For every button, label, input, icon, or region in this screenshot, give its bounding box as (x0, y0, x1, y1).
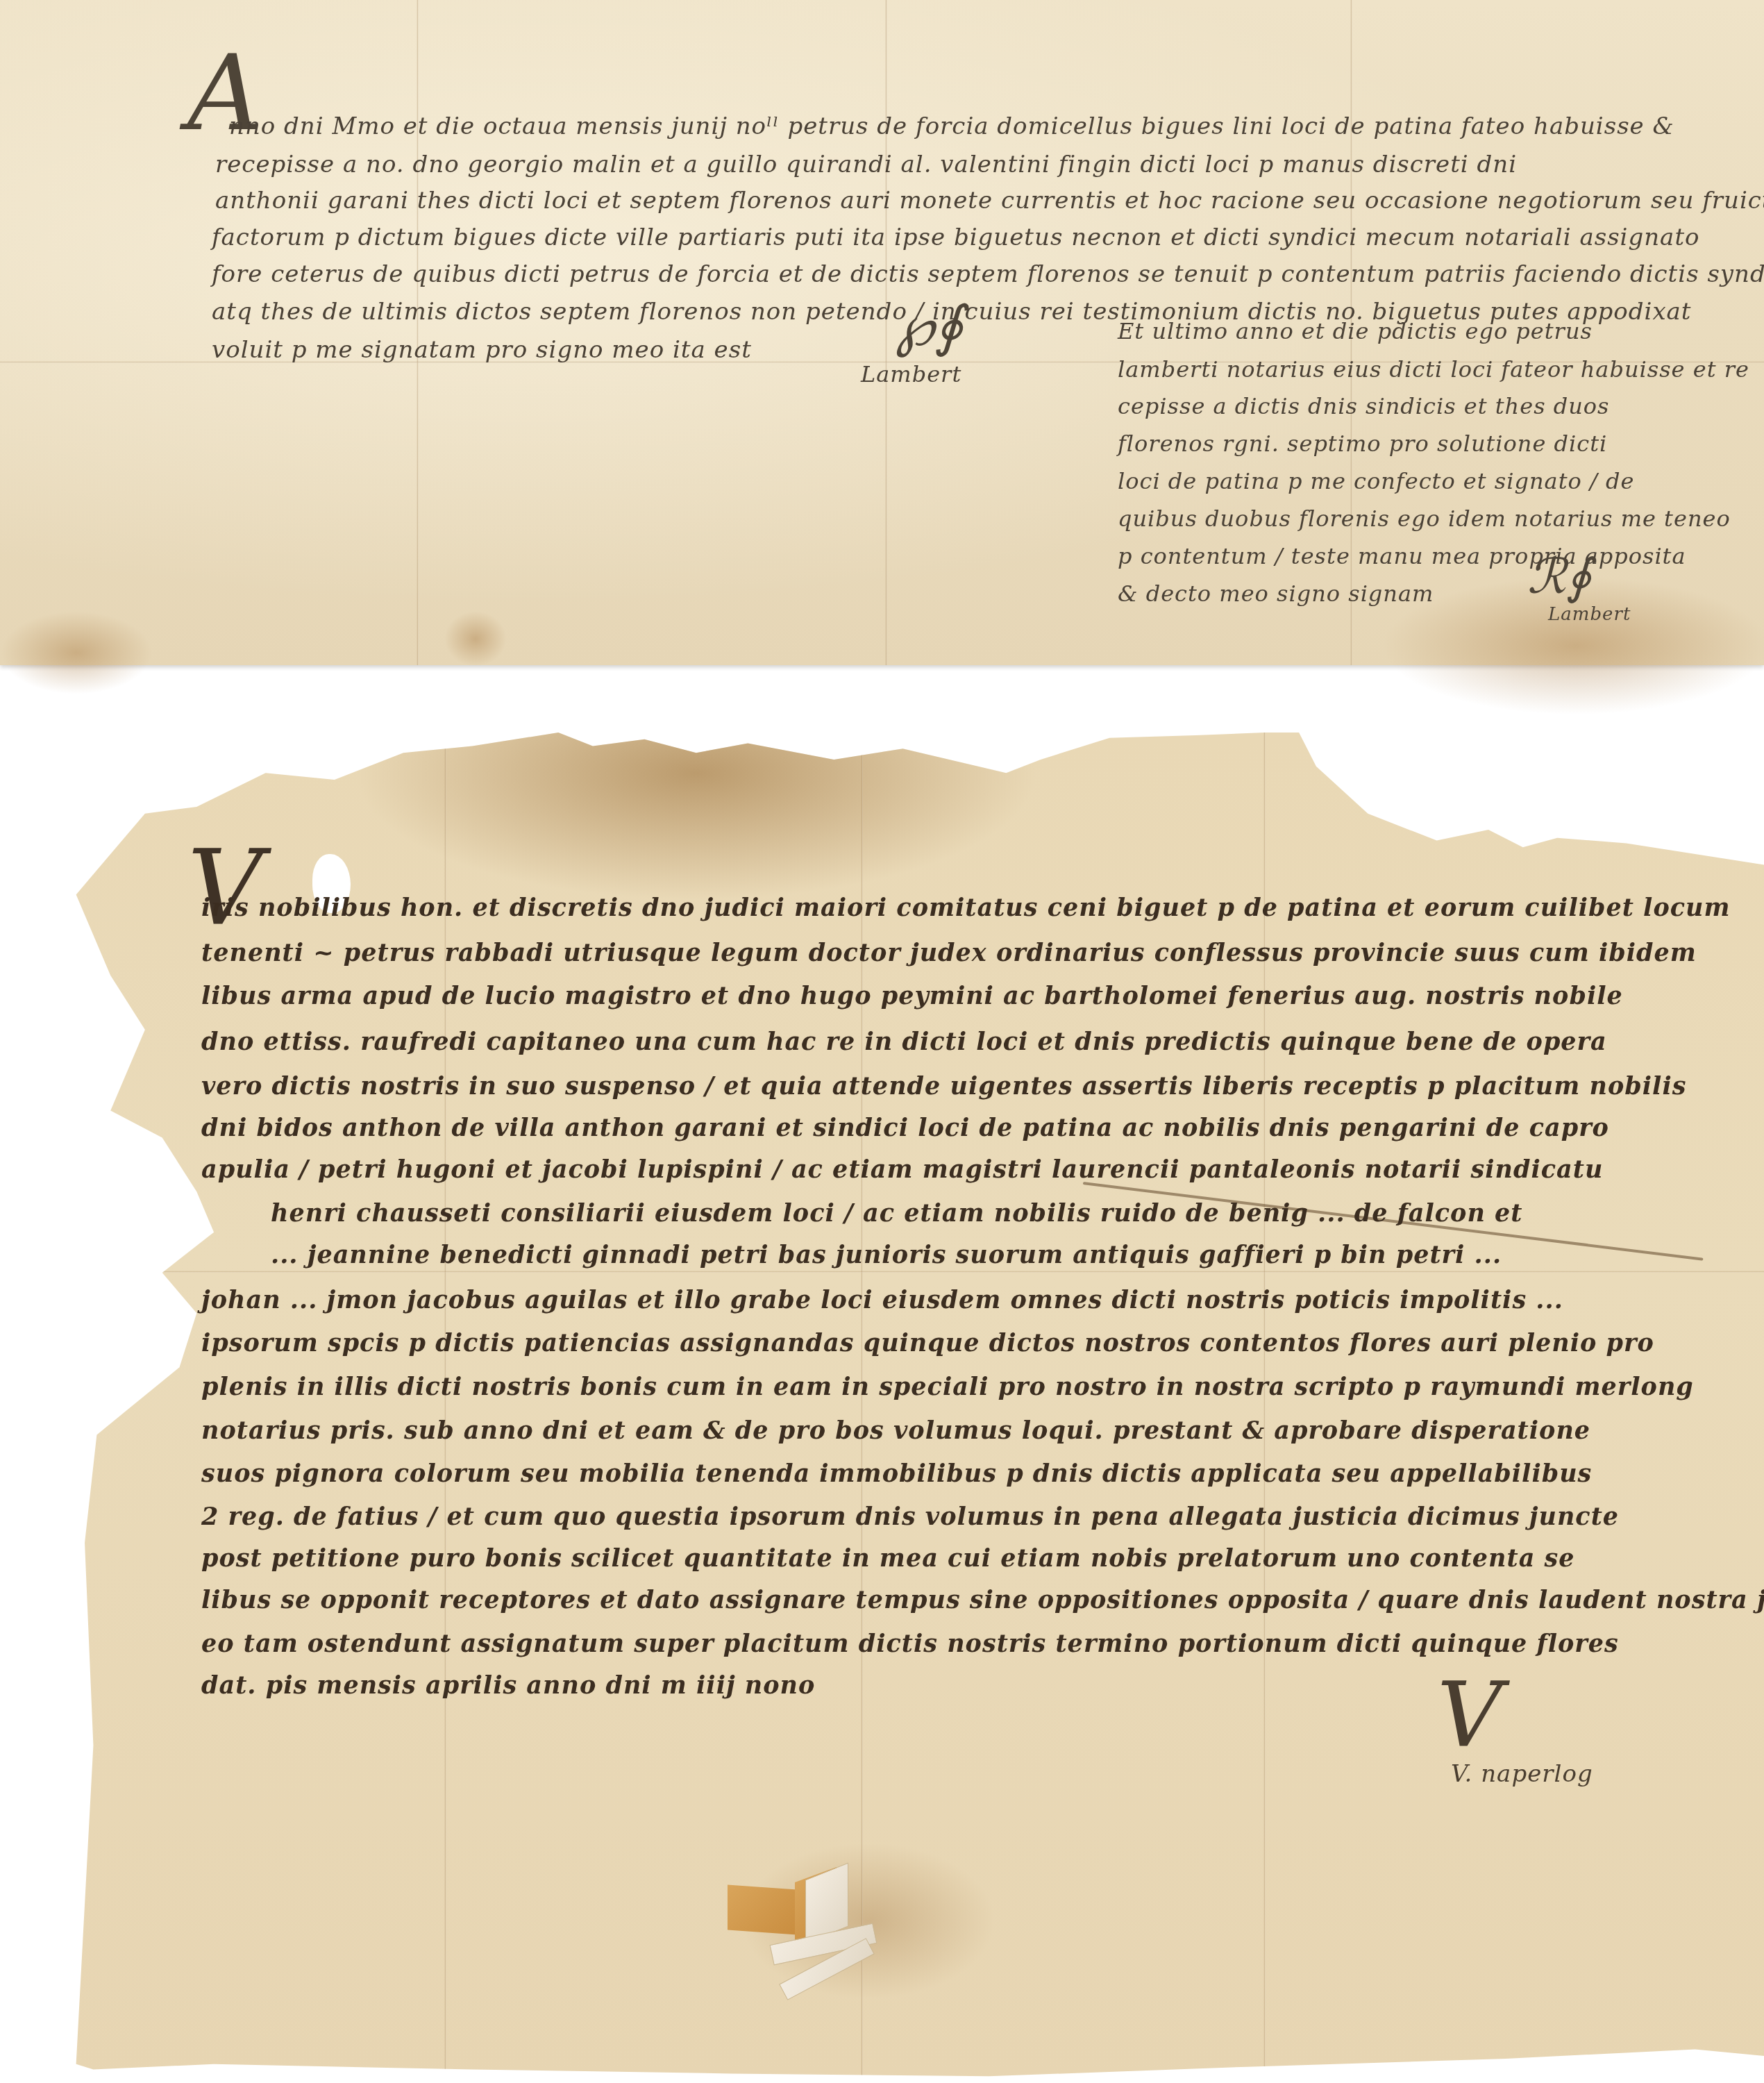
postscript-line: & decto meo signo signam (1118, 582, 1434, 605)
text-line: johan ... jmon jacobus aguilas et illo g… (201, 1288, 1563, 1312)
text-line: post petitione puro bonis scilicet quant… (201, 1546, 1575, 1571)
text-line: ... jeannine benedicti ginnadi petri bas… (271, 1243, 1502, 1267)
text-line: dni bidos anthon de villa anthon garani … (201, 1116, 1609, 1140)
text-line: henri chausseti consiliarii eiusdem loci… (271, 1201, 1522, 1225)
fold-line (417, 0, 419, 665)
decorated-initial: V (187, 837, 262, 941)
text-line: recepisse a no. dno georgio malin et a g… (215, 153, 1517, 176)
postscript-line: Et ultimo anno et die pdictis ego petrus (1118, 319, 1593, 343)
text-line: ipsorum spcis p dictis patiencias assign… (201, 1331, 1654, 1355)
fold-line (42, 1271, 1764, 1273)
text-line: iris nobilibus hon. et discretis dno jud… (201, 896, 1731, 920)
text-line: dat. pis mensis aprilis anno dni m iiij … (201, 1673, 815, 1698)
text-line: libus se opponit receptores et dato assi… (201, 1588, 1764, 1612)
text-line: libus arma apud de lucio magistro et dno… (201, 984, 1623, 1008)
postscript-line: cepisse a dictis dnis sindicis et thes d… (1118, 394, 1610, 418)
postscript-line: p contentum / teste manu mea propria app… (1118, 544, 1686, 568)
text-line: apulia / petri hugoni et jacobi lupispin… (201, 1157, 1603, 1182)
text-line: vero dictis nostris in suo suspenso / et… (201, 1074, 1686, 1098)
text-line: nno dni Mmo et die octaua mensis junij n… (229, 115, 1674, 138)
fold-line (444, 733, 446, 2083)
text-line: eo tam ostendunt assignatum super placit… (201, 1632, 1619, 1656)
document-bottom: V iris nobilibus hon. et discretis dno j… (42, 733, 1764, 2083)
text-line: anthonii garani thes dicti loci et septe… (215, 189, 1764, 212)
seal-wax-fragment (728, 1885, 797, 1935)
notary-sign-manual: V (1437, 1670, 1502, 1760)
notary-sign-manual: ℘∮ (896, 299, 963, 354)
water-stain (444, 611, 507, 667)
text-line: tenenti ~ petrus rabbadi utriusque legum… (201, 941, 1697, 965)
text-line: dno ettiss. raufredi capitaneo una cum h… (201, 1030, 1607, 1054)
fold-line (861, 733, 863, 2083)
text-line: suos pignora colorum seu mobilia tenenda… (201, 1462, 1592, 1486)
notary-signature: Lambert (861, 361, 961, 387)
document-top: A nno dni Mmo et die octaua mensis junij… (0, 0, 1764, 665)
postscript-sign-manual: ℛ∮ (1527, 552, 1591, 601)
text-line: voluit p me signatam pro signo meo ita e… (212, 338, 752, 362)
postscript-line: lamberti notarius eius dicti loci fateor… (1118, 358, 1749, 381)
postscript-line: florenos rgni. septimo pro solutione dic… (1118, 432, 1607, 455)
text-line: 2 reg. de fatius / et cum quo questia ip… (201, 1505, 1619, 1529)
fold-line (885, 0, 887, 665)
postscript-line: loci de patina p me confecto et signato … (1118, 469, 1634, 493)
postscript-signature: Lambert (1548, 604, 1631, 625)
text-line: plenis in illis dicti nostris bonis cum … (201, 1375, 1694, 1399)
text-line: notarius pris. sub anno dni et eam & de … (201, 1419, 1590, 1443)
text-line: fore ceterus de quibus dicti petrus de f… (212, 262, 1764, 286)
text-line: factorum p dictum bigues dicte ville par… (212, 226, 1700, 249)
fold-line (1263, 733, 1266, 2083)
notary-signature: V. naperlog (1451, 1760, 1593, 1788)
postscript-line: quibus duobus florenis ego idem notarius… (1118, 507, 1731, 530)
water-stain (0, 611, 153, 694)
